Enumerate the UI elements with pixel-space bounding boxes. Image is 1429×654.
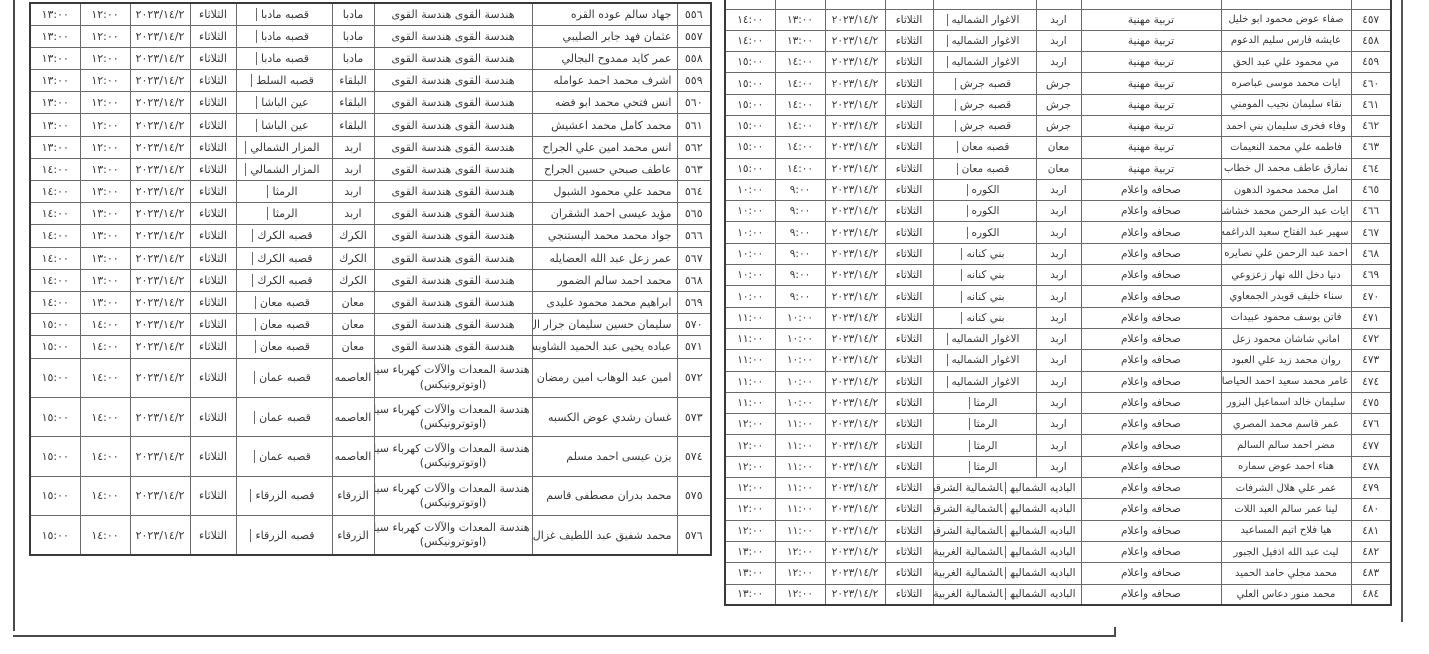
candidate-name-cell: محمد احمد سالم الضمور (532, 269, 677, 291)
row-number-cell: ٥٦٥ (677, 203, 711, 225)
specialty-cell: صحافه واعلام (1081, 435, 1221, 456)
governorate-cell: العاصمه (332, 437, 374, 476)
date-cell: ٢٠٢٣/١٤/٢ (825, 435, 885, 456)
row-number-cell: ٤٦٩ (1351, 265, 1391, 286)
day-cell: الثلاثاء (885, 478, 933, 499)
date-cell: ٢٠٢٣/١٤/٢ (130, 247, 190, 269)
district-cell: قصبه مادبا (236, 3, 332, 25)
specialty-cell: تربية مهنية (1081, 137, 1221, 158)
clipped-cell (1351, 0, 1391, 9)
end-time-cell: ١٠:٠٠ (725, 222, 775, 243)
date-cell: ٢٠٢٣/١٤/٢ (825, 52, 885, 73)
specialty-cell: صحافه واعلام (1081, 541, 1221, 562)
row-number-cell: ٤٨١ (1351, 520, 1391, 541)
start-time-cell: ١٢:٠٠ (80, 136, 130, 158)
governorate-label: الباديه الشماليه (1005, 567, 1078, 579)
candidate-name-cell: نمارق عاطف محمد ال خطاب (1221, 158, 1351, 179)
governorate-cell: الكرك (332, 225, 374, 247)
district-cell: الرمثا (933, 414, 1036, 435)
candidate-name-cell: هناء احمد عوض سماره (1221, 456, 1351, 477)
end-time-cell: ١٢:٠٠ (725, 478, 775, 499)
table-row: ٥٥٧عثمان فهد جابر الصليبيهندسة القوى هند… (30, 25, 711, 47)
day-cell: الثلاثاء (885, 371, 933, 392)
clipped-cell (933, 0, 1036, 9)
specialty-cell: صحافه واعلام (1081, 286, 1221, 307)
governorate-cell: اربد (1036, 435, 1081, 456)
start-time-cell: ١١:٠٠ (775, 478, 825, 499)
row-number-cell: ٥٦٣ (677, 158, 711, 180)
end-time-cell: ١٢:٠٠ (725, 520, 775, 541)
end-time-cell: ١٣:٠٠ (30, 136, 80, 158)
specialty-cell: صحافه واعلام (1081, 520, 1221, 541)
specialty-cell: صحافه واعلام (1081, 328, 1221, 349)
end-time-cell: ١٠:٠٠ (725, 286, 775, 307)
table-row: ٥٦٧عمر زعل عبد الله العضايلههندسة القوى … (30, 247, 711, 269)
specialty-cell: صحافه واعلام (1081, 371, 1221, 392)
row-number-cell: ٥٧٦ (677, 516, 711, 555)
row-number-cell: ٤٦٢ (1351, 115, 1391, 136)
district-cell: قصبه الزرقاء (236, 476, 332, 515)
district-cell: قصبه الكرك (236, 269, 332, 291)
district-cell: قصبه معان (933, 158, 1036, 179)
row-number-cell: ٥٦٩ (677, 291, 711, 313)
date-cell: ٢٠٢٣/١٤/٢ (825, 73, 885, 94)
specialty-cell: هندسة القوى هندسة القوى (374, 92, 532, 114)
row-number-cell: ٤٦١ (1351, 94, 1391, 115)
clipped-cell (1036, 0, 1081, 9)
district-cell: الرمثا (933, 456, 1036, 477)
clipped-cell (725, 0, 775, 9)
day-cell: الثلاثاء (885, 137, 933, 158)
district-label: قصبه معان (957, 141, 1013, 153)
governorate-label: الباديه الشماليه (1005, 546, 1078, 558)
start-time-cell: ١٢:٠٠ (80, 92, 130, 114)
end-time-cell: ١٤:٠٠ (30, 203, 80, 225)
specialty-cell: هندسة القوى هندسة القوى (374, 114, 532, 136)
end-time-cell: ١٤:٠٠ (30, 291, 80, 313)
candidate-name-cell: فاتن يوسف محمود عبيدات (1221, 307, 1351, 328)
candidate-name-cell: جواد محمد محمد البستنجي (532, 225, 677, 247)
table-row: ٥٧١عباده يحيى عبد الحميد الشاويشهندسة ال… (30, 336, 711, 358)
row-number-cell: ٤٥٧ (1351, 9, 1391, 30)
row-number-cell: ٤٧٧ (1351, 435, 1391, 456)
row-number-cell: ٤٧٦ (1351, 414, 1391, 435)
district-label: الشمالية الغربية (933, 567, 1005, 579)
row-number-cell: ٤٦٦ (1351, 201, 1391, 222)
district-cell: الرمثا (236, 203, 332, 225)
district-cell: الرمثا (933, 435, 1036, 456)
date-cell: ٢٠٢٣/١٤/٢ (130, 225, 190, 247)
district-cell: قصبه السلط (236, 70, 332, 92)
start-time-cell: ١٠:٠٠ (775, 307, 825, 328)
date-cell: ٢٠٢٣/١٤/٢ (130, 476, 190, 515)
specialty-cell: هندسة المعدات والآلات كهرباء سيارات(اوتو… (374, 358, 532, 397)
table-row: ٤٧٢اماني شاشان محمود زعلصحافه واعلاماربد… (725, 328, 1391, 349)
table-row: ٥٧٠سليمان حسين سليمان جرار ال خطابهندسة … (30, 314, 711, 336)
district-label: قصبه الكرك (252, 274, 315, 287)
district-cell: بني كنانه (933, 265, 1036, 286)
row-number-cell: ٤٦٨ (1351, 243, 1391, 264)
day-cell: الثلاثاء (885, 541, 933, 562)
row-number-cell: ٥٦٢ (677, 136, 711, 158)
specialty-line-1: هندسة المعدات والآلات كهرباء سيارات (377, 442, 530, 456)
day-cell: الثلاثاء (885, 9, 933, 30)
district-cell: قصبه مادبا (236, 25, 332, 47)
start-time-cell: ١١:٠٠ (775, 499, 825, 520)
table-row: ٤٦١نقاء سليمان نجيب المومنيتربية مهنيةجر… (725, 94, 1391, 115)
table-row: ٤٨١هيا فلاح اتيم المساعيدصحافه واعلامالب… (725, 520, 1391, 541)
candidate-name-cell: دنيا دخل الله نهار زعزوعي (1221, 265, 1351, 286)
candidate-name-cell: نقاء سليمان نجيب المومني (1221, 94, 1351, 115)
candidate-name-cell: يزن عيسى احمد مسلم (532, 437, 677, 476)
district-cell: قصبه عمان (236, 358, 332, 397)
row-number-cell: ٤٥٨ (1351, 30, 1391, 51)
specialty-cell: هندسة القوى هندسة القوى (374, 314, 532, 336)
date-cell: ٢٠٢٣/١٤/٢ (825, 456, 885, 477)
end-time-cell: ١٥:٠٠ (725, 137, 775, 158)
specialty-cell: صحافه واعلام (1081, 179, 1221, 200)
end-time-cell: ١٣:٠٠ (30, 3, 80, 25)
end-time-cell: ١١:٠٠ (725, 392, 775, 413)
end-time-cell: ١٣:٠٠ (30, 92, 80, 114)
table-row: ٥٧٢امين عبد الوهاب امين رمضانهندسة المعد… (30, 358, 711, 397)
table-row: ٥٧٦محمد شفيق عبد اللطيف غزالهندسة المعدا… (30, 516, 711, 555)
table-row: ٤٧٣روان محمد زيد علي العبودصحافه واعلاما… (725, 350, 1391, 371)
day-cell: الثلاثاء (190, 437, 236, 476)
day-cell: الثلاثاء (885, 30, 933, 51)
district-cell: قصبه جرش (933, 94, 1036, 115)
date-cell: ٢٠٢٣/١٤/٢ (825, 350, 885, 371)
district-cell: قصبه الكرك (236, 225, 332, 247)
district-cell: قصبه جرش (933, 115, 1036, 136)
day-cell: الثلاثاء (190, 25, 236, 47)
specialty-cell: تربية مهنية (1081, 9, 1221, 30)
end-time-cell: ١٥:٠٠ (30, 516, 80, 555)
date-cell: ٢٠٢٣/١٤/٢ (130, 516, 190, 555)
start-time-cell: ١١:٠٠ (775, 456, 825, 477)
governorate-cell: مادبا (332, 3, 374, 25)
governorate-cell: معان (1036, 137, 1081, 158)
row-number-cell: ٤٧٥ (1351, 392, 1391, 413)
candidate-name-cell: عمر زعل عبد الله العضايله (532, 247, 677, 269)
specialty-line-2: (اوتوترونيكس) (377, 456, 530, 470)
district-cell: بني كنانه (933, 307, 1036, 328)
start-time-cell: ١٤:٠٠ (80, 314, 130, 336)
candidate-name-cell: عايشه فارس سليم الدعوم (1221, 30, 1351, 51)
left-table-body: ٥٥٦جهاد سالم عوده القرههندسة القوى هندسة… (30, 3, 711, 555)
day-cell: الثلاثاء (190, 336, 236, 358)
row-number-cell: ٤٧٨ (1351, 456, 1391, 477)
start-time-cell: ١٣:٠٠ (80, 225, 130, 247)
end-time-cell: ١١:٠٠ (725, 307, 775, 328)
specialty-cell: هندسة المعدات والآلات كهرباء سيارات(اوتو… (374, 476, 532, 515)
candidate-name-cell: محمد علي محمود الشبول (532, 181, 677, 203)
district-cell: الاغوار الشماليه (933, 9, 1036, 30)
date-cell: ٢٠٢٣/١٤/٢ (825, 286, 885, 307)
candidate-name-cell: ايات عبد الرحمن محمد خشاشنه (1221, 201, 1351, 222)
end-time-cell: ١٠:٠٠ (725, 201, 775, 222)
district-cell: عين الباشا (236, 92, 332, 114)
candidate-name-cell: محمد بدران مصطفى قاسم (532, 476, 677, 515)
specialty-cell: هندسة القوى هندسة القوى (374, 225, 532, 247)
end-time-cell: ١١:٠٠ (725, 371, 775, 392)
governorate-district-cell: الباديه الشماليهالشمالية الشرقية (933, 520, 1081, 541)
end-time-cell: ١٤:٠٠ (30, 247, 80, 269)
start-time-cell: ١٤:٠٠ (80, 358, 130, 397)
specialty-line-1: هندسة المعدات والآلات كهرباء سيارات (377, 403, 530, 417)
governorate-cell: اربد (1036, 265, 1081, 286)
governorate-cell: اربد (1036, 456, 1081, 477)
specialty-cell: صحافه واعلام (1081, 222, 1221, 243)
district-label: قصبه السلط (251, 74, 317, 87)
date-cell: ٢٠٢٣/١٤/٢ (130, 158, 190, 180)
date-cell: ٢٠٢٣/١٤/٢ (825, 478, 885, 499)
governorate-cell: العاصمه (332, 397, 374, 436)
specialty-cell: صحافه واعلام (1081, 350, 1221, 371)
district-label: بني كنانه (961, 312, 1007, 324)
table-row: ٤٦٠ايات محمد موسى عباصرهتربية مهنيةجرشقص… (725, 73, 1391, 94)
governorate-label: الباديه الشماليه (1005, 482, 1078, 494)
row-number-cell: ٥٥٨ (677, 47, 711, 69)
start-time-cell: ١٢:٠٠ (80, 70, 130, 92)
governorate-cell: اربد (1036, 179, 1081, 200)
day-cell: الثلاثاء (885, 286, 933, 307)
specialty-cell: هندسة القوى هندسة القوى (374, 136, 532, 158)
clipped-row (725, 0, 1391, 9)
start-time-cell: ١٤:٠٠ (80, 336, 130, 358)
date-cell: ٢٠٢٣/١٤/٢ (130, 269, 190, 291)
end-time-cell: ١٣:٠٠ (725, 563, 775, 584)
district-label: الرمثا (969, 461, 1001, 473)
table-row: ٥٦٦جواد محمد محمد البستنجيهندسة القوى هن… (30, 225, 711, 247)
start-time-cell: ١٣:٠٠ (775, 30, 825, 51)
governorate-cell: الزرقاء (332, 476, 374, 515)
candidate-name-cell: محمد شفيق عبد اللطيف غزال (532, 516, 677, 555)
district-cell: الكوره (933, 222, 1036, 243)
day-cell: الثلاثاء (885, 350, 933, 371)
row-number-cell: ٥٧٢ (677, 358, 711, 397)
date-cell: ٢٠٢٣/١٤/٢ (825, 328, 885, 349)
page-right-edge (1401, 0, 1403, 622)
specialty-cell: صحافه واعلام (1081, 201, 1221, 222)
specialty-cell: هندسة المعدات والآلات كهرباء سيارات(اوتو… (374, 437, 532, 476)
specialty-cell: هندسة القوى هندسة القوى (374, 203, 532, 225)
table-row: ٥٦٥مؤيد عيسى احمد الشقرانهندسة القوى هند… (30, 203, 711, 225)
day-cell: الثلاثاء (885, 456, 933, 477)
date-cell: ٢٠٢٣/١٤/٢ (130, 291, 190, 313)
governorate-district-cell: الباديه الشماليهالشمالية الشرقية (933, 499, 1081, 520)
start-time-cell: ١٤:٠٠ (775, 158, 825, 179)
district-label: الرمثا (969, 418, 1001, 430)
district-cell: قصبه معان (236, 336, 332, 358)
end-time-cell: ١٢:٠٠ (725, 414, 775, 435)
end-time-cell: ١٣:٠٠ (30, 70, 80, 92)
table-row: ٥٧٥محمد بدران مصطفى قاسمهندسة المعدات وا… (30, 476, 711, 515)
candidate-name-cell: روان محمد زيد علي العبود (1221, 350, 1351, 371)
day-cell: الثلاثاء (190, 3, 236, 25)
district-cell: قصبه مادبا (236, 47, 332, 69)
table-row: ٤٥٧صفاء عوض محمود ابو خليلتربية مهنيةارب… (725, 9, 1391, 30)
end-time-cell: ١٥:٠٠ (30, 437, 80, 476)
governorate-cell: جرش (1036, 73, 1081, 94)
start-time-cell: ١٤:٠٠ (775, 52, 825, 73)
district-cell: الاغوار الشماليه (933, 371, 1036, 392)
district-label: الكوره (967, 205, 1003, 217)
district-label: قصبه جرش (955, 78, 1014, 90)
day-cell: الثلاثاء (190, 291, 236, 313)
row-number-cell: ٥٥٦ (677, 3, 711, 25)
date-cell: ٢٠٢٣/١٤/٢ (130, 203, 190, 225)
district-label: قصبه معان (255, 296, 313, 309)
district-label: قصبه عمان (254, 411, 314, 424)
governorate-district-cell: الباديه الشماليهالشمالية الغربية (933, 541, 1081, 562)
governorate-cell: اربد (1036, 414, 1081, 435)
table-row: ٤٥٩مي محمود علي عبد الحقتربية مهنيةاربدا… (725, 52, 1391, 73)
table-row: ٤٨٢ليث عبد الله اذفيل الجبورصحافه واعلام… (725, 541, 1391, 562)
district-label: بني كنانه (961, 291, 1007, 303)
specialty-cell: صحافه واعلام (1081, 456, 1221, 477)
day-cell: الثلاثاء (190, 92, 236, 114)
table-row: ٥٥٦جهاد سالم عوده القرههندسة القوى هندسة… (30, 3, 711, 25)
day-cell: الثلاثاء (190, 476, 236, 515)
page-left-edge (13, 0, 15, 631)
district-label: قصبه مادبا (256, 52, 312, 65)
row-number-cell: ٤٧٩ (1351, 478, 1391, 499)
table-row: ٤٦٥امل محمد محمود الدهونصحافه واعلاماربد… (725, 179, 1391, 200)
governorate-cell: مادبا (332, 47, 374, 69)
end-time-cell: ١٠:٠٠ (725, 265, 775, 286)
day-cell: الثلاثاء (885, 201, 933, 222)
governorate-cell: الزرقاء (332, 516, 374, 555)
governorate-cell: البلقاء (332, 114, 374, 136)
governorate-label: الباديه الشماليه (1005, 503, 1078, 515)
day-cell: الثلاثاء (885, 243, 933, 264)
date-cell: ٢٠٢٣/١٤/٢ (825, 541, 885, 562)
governorate-cell: اربد (332, 136, 374, 158)
date-cell: ٢٠٢٣/١٤/٢ (825, 9, 885, 30)
specialty-cell: هندسة القوى هندسة القوى (374, 158, 532, 180)
row-number-cell: ٤٨٣ (1351, 563, 1391, 584)
specialty-cell: هندسة القوى هندسة القوى (374, 247, 532, 269)
governorate-cell: اربد (1036, 307, 1081, 328)
day-cell: الثلاثاء (190, 136, 236, 158)
specialty-cell: هندسة القوى هندسة القوى (374, 291, 532, 313)
day-cell: الثلاثاء (190, 358, 236, 397)
table-row: ٥٦٠انس فتحي محمد ابو فضههندسة القوى هندس… (30, 92, 711, 114)
specialty-cell: هندسة القوى هندسة القوى (374, 25, 532, 47)
start-time-cell: ١٤:٠٠ (775, 137, 825, 158)
table-row: ٤٧٧مضر احمد سالم السالمصحافه واعلاماربدا… (725, 435, 1391, 456)
governorate-cell: اربد (332, 203, 374, 225)
day-cell: الثلاثاء (885, 52, 933, 73)
candidate-name-cell: عثمان فهد جابر الصليبي (532, 25, 677, 47)
day-cell: الثلاثاء (885, 115, 933, 136)
table-row: ٤٧٩عمر علي هلال الشرفاتصحافه واعلامالباد… (725, 478, 1391, 499)
district-label: بني كنانه (961, 269, 1007, 281)
specialty-cell: تربية مهنية (1081, 30, 1221, 51)
start-time-cell: ١٢:٠٠ (775, 541, 825, 562)
candidate-name-cell: مؤيد عيسى احمد الشقران (532, 203, 677, 225)
governorate-cell: البلقاء (332, 70, 374, 92)
district-label: قصبه مادبا (256, 8, 312, 21)
end-time-cell: ١٣:٠٠ (725, 541, 775, 562)
date-cell: ٢٠٢٣/١٤/٢ (825, 222, 885, 243)
end-time-cell: ١٥:٠٠ (30, 314, 80, 336)
governorate-district-cell: الباديه الشماليهالشمالية الغربية (933, 584, 1081, 605)
district-cell: بني كنانه (933, 243, 1036, 264)
governorate-cell: اربد (1036, 222, 1081, 243)
candidate-name-cell: عمر كايد ممدوح البجالي (532, 47, 677, 69)
district-label: الاغوار الشماليه (947, 333, 1023, 345)
page-bottom-corner-tick (1114, 627, 1116, 637)
row-number-cell: ٥٦٤ (677, 181, 711, 203)
end-time-cell: ١٣:٠٠ (30, 47, 80, 69)
end-time-cell: ١٣:٠٠ (30, 114, 80, 136)
date-cell: ٢٠٢٣/١٤/٢ (130, 437, 190, 476)
date-cell: ٢٠٢٣/١٤/٢ (130, 3, 190, 25)
start-time-cell: ١٤:٠٠ (80, 397, 130, 436)
start-time-cell: ١٣:٠٠ (80, 203, 130, 225)
end-time-cell: ١٥:٠٠ (725, 73, 775, 94)
end-time-cell: ١٤:٠٠ (725, 30, 775, 51)
candidate-name-cell: محمد مجلي حامد الحميد (1221, 563, 1351, 584)
candidate-name-cell: ايات محمد موسى عباصره (1221, 73, 1351, 94)
start-time-cell: ١٤:٠٠ (775, 115, 825, 136)
day-cell: الثلاثاء (885, 328, 933, 349)
start-time-cell: ١١:٠٠ (775, 520, 825, 541)
district-label: قصبه معان (957, 163, 1013, 175)
district-label: الاغوار الشماليه (947, 376, 1023, 388)
candidate-name-cell: عاطف صبحي حسين الجراح (532, 158, 677, 180)
candidate-name-cell: مضر احمد سالم السالم (1221, 435, 1351, 456)
start-time-cell: ١٣:٠٠ (80, 247, 130, 269)
clipped-cell (775, 0, 825, 9)
date-cell: ٢٠٢٣/١٤/٢ (130, 314, 190, 336)
district-label: قصبه الزرقاء (250, 529, 317, 542)
row-number-cell: ٥٧٥ (677, 476, 711, 515)
district-label: الرمثا (267, 207, 300, 220)
district-cell: قصبه جرش (933, 73, 1036, 94)
clipped-cell (885, 0, 933, 9)
day-cell: الثلاثاء (885, 265, 933, 286)
specialty-cell: صحافه واعلام (1081, 307, 1221, 328)
table-row: ٥٦٣عاطف صبحي حسين الجراحهندسة القوى هندس… (30, 158, 711, 180)
end-time-cell: ١٤:٠٠ (30, 269, 80, 291)
specialty-cell: تربية مهنية (1081, 52, 1221, 73)
date-cell: ٢٠٢٣/١٤/٢ (825, 179, 885, 200)
specialty-cell: صحافه واعلام (1081, 414, 1221, 435)
row-number-cell: ٤٦٠ (1351, 73, 1391, 94)
page-bottom-edge (13, 635, 1115, 637)
date-cell: ٢٠٢٣/١٤/٢ (130, 397, 190, 436)
start-time-cell: ٩:٠٠ (775, 265, 825, 286)
candidate-name-cell: امل محمد محمود الدهون (1221, 179, 1351, 200)
table-row: ٥٦١محمد كامل محمد اعشيشهندسة القوى هندسة… (30, 114, 711, 136)
governorate-district-cell: الباديه الشماليهالشمالية الشرقية (933, 478, 1081, 499)
start-time-cell: ١٢:٠٠ (80, 47, 130, 69)
specialty-cell: تربية مهنية (1081, 94, 1221, 115)
district-label: قصبه مادبا (256, 30, 312, 43)
governorate-cell: اربد (1036, 328, 1081, 349)
row-number-cell: ٥٦١ (677, 114, 711, 136)
specialty-line-2: (اوتوترونيكس) (377, 496, 530, 510)
table-row: ٤٦٦ايات عبد الرحمن محمد خشاشنهصحافه واعل… (725, 201, 1391, 222)
clipped-cell (1081, 0, 1221, 9)
governorate-cell: اربد (332, 158, 374, 180)
district-cell: المزار الشمالي (236, 136, 332, 158)
candidate-name-cell: عمر قاسم محمد المصري (1221, 414, 1351, 435)
end-time-cell: ١٤:٠٠ (725, 9, 775, 30)
